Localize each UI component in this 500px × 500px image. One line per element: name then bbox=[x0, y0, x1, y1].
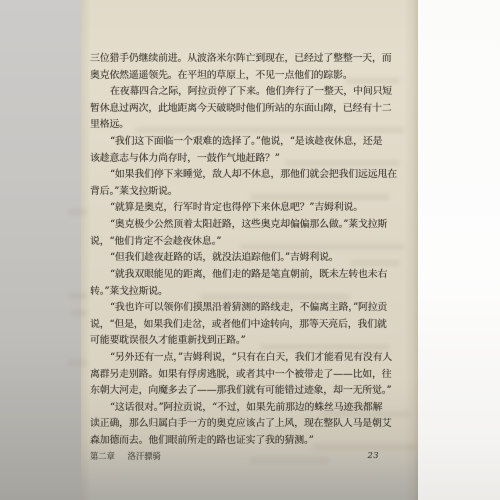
book-page: 三位猎手仍继续前进。从波洛米尔阵亡到现在，已经过了整整一天，而奥克依然遥遥领先。… bbox=[81, 0, 418, 500]
background-left-band bbox=[0, 0, 81, 500]
text-line: 暂休息过两次，此地距离今天破晓时他们所站的东面山障，已经有十二 bbox=[90, 101, 402, 118]
page-footer: 第二章 洛汗骠骑 23 bbox=[90, 450, 390, 464]
text-line: “我也许可以领你们摸黑沿着猜测的路线走，不偏离主路，”阿拉贡 bbox=[90, 300, 402, 317]
text-line: “另外还有一点，”吉姆利说，“只有在白天，我们才能看见有没有人 bbox=[90, 350, 402, 367]
text-line: 背后。”莱戈拉斯说。 bbox=[90, 184, 402, 201]
background-right-band bbox=[418, 0, 500, 500]
text-line: “就我双眼能见的距离，他们走的路是笔直朝前，既未左转也未右 bbox=[90, 267, 402, 284]
text-line: 在夜幕四合之际，阿拉贡停了下来。他们奔行了一整天，中间只短 bbox=[90, 84, 402, 101]
page-number: 23 bbox=[367, 450, 379, 460]
page-text: 三位猎手仍继续前进。从波洛米尔阵亡到现在，已经过了整整一天，而奥克依然遥遥领先。… bbox=[90, 51, 402, 450]
text-line: “如果我们停下来睡觉，敌人却不休息，那他们就会把我们远远甩在 bbox=[90, 167, 402, 184]
chapter-title: 洛汗骠骑 bbox=[128, 451, 161, 461]
text-line: 森加德而去。他们眼前所走的路也证实了我的猜测。” bbox=[90, 433, 402, 450]
text-line: “但我们趁夜赶路的话，就没法追踪他们。”吉姆利说。 bbox=[90, 250, 402, 267]
text-line: 奥克依然遥遥领先。在平坦的草原上，不见一点他们的踪影。 bbox=[90, 68, 402, 85]
text-line: 里格远。 bbox=[90, 117, 402, 134]
text-line: “我们这下面临一个艰难的选择了。”他说，“是该趁夜休息，还是 bbox=[90, 134, 402, 151]
text-line: 三位猎手仍继续前进。从波洛米尔阵亡到现在，已经过了整整一天，而 bbox=[90, 51, 402, 68]
text-line: 离群另走别路。如果有俘虏逃脱，或者其中一个被带走了——比如，往 bbox=[90, 367, 402, 384]
text-line: 转。”莱戈拉斯说。 bbox=[90, 284, 402, 301]
text-line: 说，“但是，如果我们走岔，或者他们中途转向，那等天亮后，我们就 bbox=[90, 317, 402, 334]
text-line: 东朝大河走，向魔多去了——那我们就有可能错过迹象，却一无所觉。” bbox=[90, 383, 402, 400]
chapter-number: 第二章 bbox=[90, 451, 115, 461]
text-line: 读正确，那么归属白手一方的奥克应该占了上风，现在整队人马是朝艾 bbox=[90, 416, 402, 433]
text-line: 可能要耽误很久才能重新找到正路。” bbox=[90, 333, 402, 350]
text-line: 该趁意志与体力尚存时，一鼓作气地赶路？” bbox=[90, 151, 402, 168]
text-line: “这话很对。”阿拉贡说，“不过，如果先前那边的蛛丝马迹我都解 bbox=[90, 400, 402, 417]
book-photo: 三位猎手仍继续前进。从波洛米尔阵亡到现在，已经过了整整一天，而奥克依然遥遥领先。… bbox=[0, 0, 500, 500]
text-line: “奥克极少公然顶着太阳赶路，这些奥克却偏偏那么做。”莱戈拉斯 bbox=[90, 217, 402, 234]
text-line: 说，“他们肯定不会趁夜休息。” bbox=[90, 234, 402, 251]
text-line: “就算是奥克，行军时肯定也得停下来休息吧？”吉姆利说。 bbox=[90, 200, 402, 217]
